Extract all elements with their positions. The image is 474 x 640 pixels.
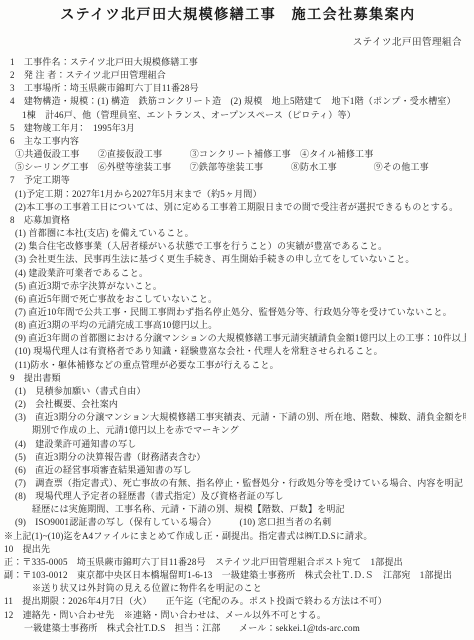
document-line: (7) 調査票（指定書式）、死亡事故の有無、指名停止・監督処分・行政処分等を受け… [15,477,466,490]
document-line: 7 予定工期等 [10,174,466,187]
document-line: (1) 首都圏に本社(支店) を備えていること。 [15,227,466,240]
document-line: 期別で作成の上、元請1億円以上を赤でマーキング [32,424,466,437]
document-line: 副：〒103-0012 東京都中央区日本橋堀留町1-6-13 一級建築士事務所 … [4,569,466,582]
issuer-name: ステイツ北戸田管理組合 [10,37,466,50]
document-line: 11 提出期限：2026年4月7日（火） 正午迄（宅配のみ。ポスト投函で終わる方… [4,595,466,608]
document-line: 9 提出書類 [10,372,466,385]
document-page: ステイツ北戸田大規模修繕工事 施工会社募集案内 ステイツ北戸田管理組合 1 工事… [0,0,474,640]
document-line: (4) 建設業許可業者であること。 [15,267,466,280]
document-line: 2 発 注 者：ステイツ北戸田管理組合 [10,69,466,82]
document-line: 1 工事件名：ステイツ北戸田大規模修繕工事 [10,56,466,69]
document-line: (1)予定工期：2027年1月から2027年5月末まで（約5ヶ月間） [15,188,466,201]
document-line: (2) 集合住宅改修事業（入居者様がいる状態で工事を行うこと）の実績が豊富である… [15,240,466,253]
document-line: (4) 建設業許可通知書の写し [15,438,466,451]
document-body: 1 工事件名：ステイツ北戸田大規模修繕工事2 発 注 者：ステイツ北戸田管理組合… [10,56,466,635]
document-line: 6 主な工事内容 [10,135,466,148]
document-line: (1) 見積参加願い（書式自由） [15,385,466,398]
document-line: ※送り状又は外封筒の見える位置に物件名を明記のこと [32,582,466,595]
document-line: (10) 現場代理人は有資格者であり知識・経験豊富な会社・代理人を常駐させられる… [15,345,466,358]
document-line: 3 工事場所：埼玉県蕨市錦町六丁目11番28号 [10,82,466,95]
document-line: 12 連絡先・問い合わせ先 ※連絡・問い合わせは、メール以外不可とする。 [4,609,466,622]
document-title: ステイツ北戸田大規模修繕工事 施工会社募集案内 [10,6,466,26]
document-line: (9) 直近3年間の首都圏における分譲マンションの大規模修繕工事元請実績請負金額… [15,332,466,345]
document-line: (5) 直近3期で赤字決算がないこと。 [15,280,466,293]
document-line: (5) 直近3期分の決算報告書（財務諸表含む） [15,451,466,464]
document-line: 経歴には実施期間、工事名称、元請・下請の別、規模【階数、戸数】を明記 [32,503,466,516]
document-line: (3) 直近3期分の分譲マンション大規模修繕工事実績表、元請・下請の別、所在地、… [15,411,466,424]
document-line: (3) 会社更生法、民事再生法に基づく更生手続き、再生開始手続きの申し立てをして… [15,253,466,266]
document-line: ※上記(1)~(10)迄をA4ファイルにまとめて作成し正・副提出。指定書式は㈱T… [4,530,466,543]
document-line: 1棟 計46戸、他（管理員室、エントランス、オープンスペース（ピロティ）等） [22,109,466,122]
document-line: (9) ISO9001認証書の写し（保有している場合） (10) 窓口担当者の名… [15,516,466,529]
document-line: (2)本工事の工事着工日については、別に定める工事着工期限日までの間で受注者が選… [15,201,466,214]
document-line: ⑤シーリング工事 ⑥外壁等塗装工事 ⑦鉄部等塗装工事 ⑧防水工事 ⑨その他工事 [15,161,466,174]
document-line: ①共通仮設工事 ②直接仮設工事 ③コンクリート補修工事 ④タイル補修工事 [15,148,466,161]
document-line: 正：〒335-0005 埼玉県蕨市錦町六丁目11番28号 ステイツ北戸田管理組合… [4,556,466,569]
document-line: (11)防水・躯体補修などの重点管理が必要な工事が行えること。 [15,359,466,372]
document-line: 8 応募加資格 [10,214,466,227]
document-line: 10 提出先 [4,543,466,556]
document-line: 4 建物構造・規模：(1) 構造 鉄筋コンクリート造 (2) 規模 地上5階建て… [10,95,466,108]
document-line: (6) 直近の経営事項審査結果通知書の写し [15,464,466,477]
document-line: (2) 会社概要、会社案内 [15,398,466,411]
document-line: (7) 直近10年間で公共工事・民間工事問わず指名停止処分、監督処分等、行政処分… [15,306,466,319]
document-line: (8) 直近3期の平均の元請完成工事高10億円以上。 [15,319,466,332]
document-line: 5 建物竣工年月： 1995年3月 [10,122,466,135]
document-line: (6) 直近5年間で死亡事故をおこしていないこと。 [15,293,466,306]
document-line: (8) 現場代理人予定者の経歴書（書式指定）及び資格者証の写し [15,490,466,503]
document-line: 一級建築士事務所 株式会社T.D.S 担当：江部 メール：sekkei.1@td… [24,622,466,635]
